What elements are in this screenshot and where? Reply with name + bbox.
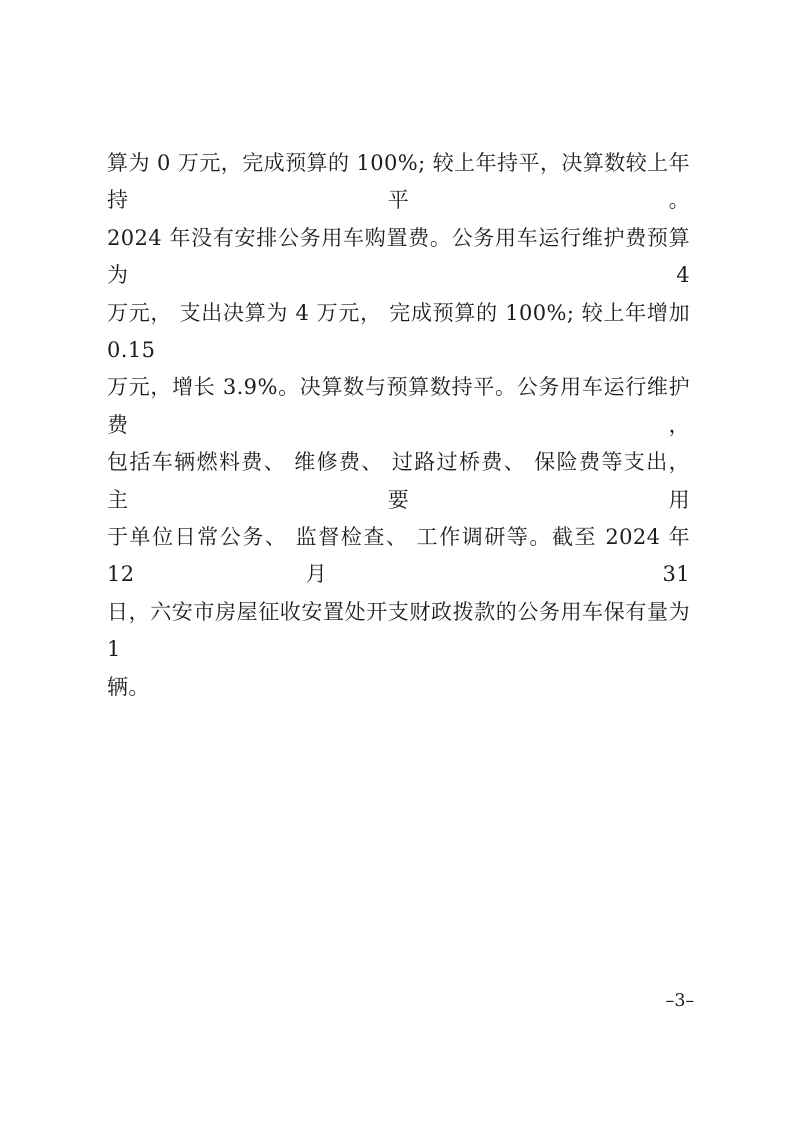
body-paragraph: 算为 0 万元，完成预算的 100%; 较上年持平，决算数较上年持平。 2024… — [107, 145, 690, 706]
document-page: 算为 0 万元，完成预算的 100%; 较上年持平，决算数较上年持平。 2024… — [0, 0, 793, 1122]
text-line: 日，六安市房屋征收安置处开支财政拨款的公务用车保有量为 1 — [107, 594, 690, 669]
text-line: 2024 年没有安排公务用车购置费。公务用车运行维护费预算为 4 — [107, 220, 690, 295]
text-line: 万元， 支出决算为 4 万元， 完成预算的 100%; 较上年增加 0.15 — [107, 295, 690, 370]
text-line: 万元，增长 3.9%。决算数与预算数持平。公务用车运行维护费， — [107, 369, 690, 444]
text-line: 算为 0 万元，完成预算的 100%; 较上年持平，决算数较上年持平。 — [107, 145, 690, 220]
text-line: 包括车辆燃料费、 维修费、 过路过桥费、 保险费等支出， 主要用 — [107, 444, 690, 519]
page-number: –3– — [640, 990, 720, 1012]
text-line: 辆。 — [107, 669, 690, 706]
text-line: 于单位日常公务、 监督检查、 工作调研等。截至 2024 年 12 月 31 — [107, 519, 690, 594]
